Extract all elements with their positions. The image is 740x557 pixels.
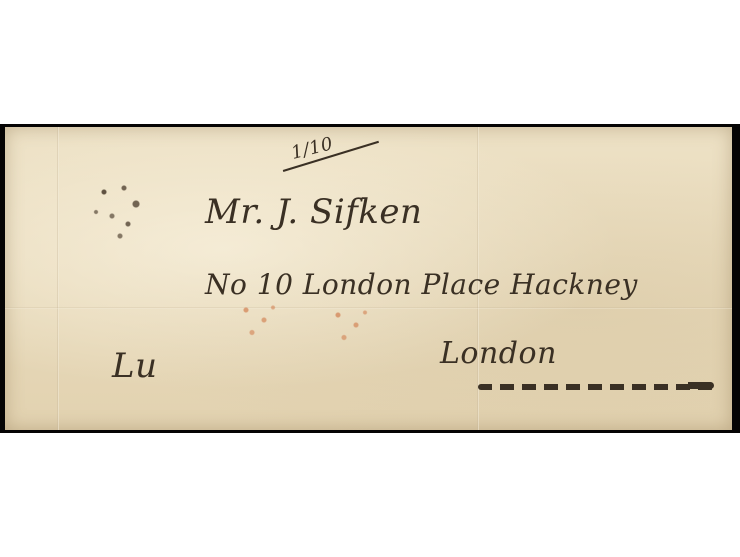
red-handstamp	[228, 295, 288, 345]
address-line-2: No 10 London Place Hackney	[205, 268, 638, 301]
address-underline	[478, 384, 714, 390]
dark-postmark	[80, 168, 160, 248]
address-line-1: Mr. J. Sifken	[205, 192, 422, 232]
address-line-3: London	[440, 336, 557, 371]
address-underline-flourish	[688, 382, 714, 389]
docket-signature: Lu	[112, 346, 157, 386]
fold-line	[57, 127, 59, 430]
red-handstamp	[320, 300, 380, 350]
